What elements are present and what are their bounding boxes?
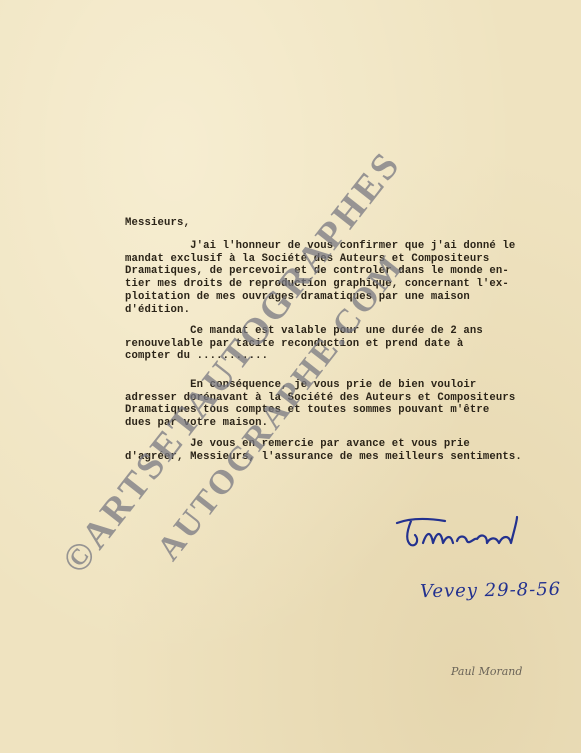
salutation: Messieurs, xyxy=(125,217,190,230)
signature-morand xyxy=(393,513,543,553)
handwritten-date: Vevey 29-8-56 xyxy=(420,579,561,602)
letter-page: Messieurs, J'ai l'honneur de vous confir… xyxy=(0,0,581,753)
pencil-annotation: Paul Morand xyxy=(451,665,522,678)
